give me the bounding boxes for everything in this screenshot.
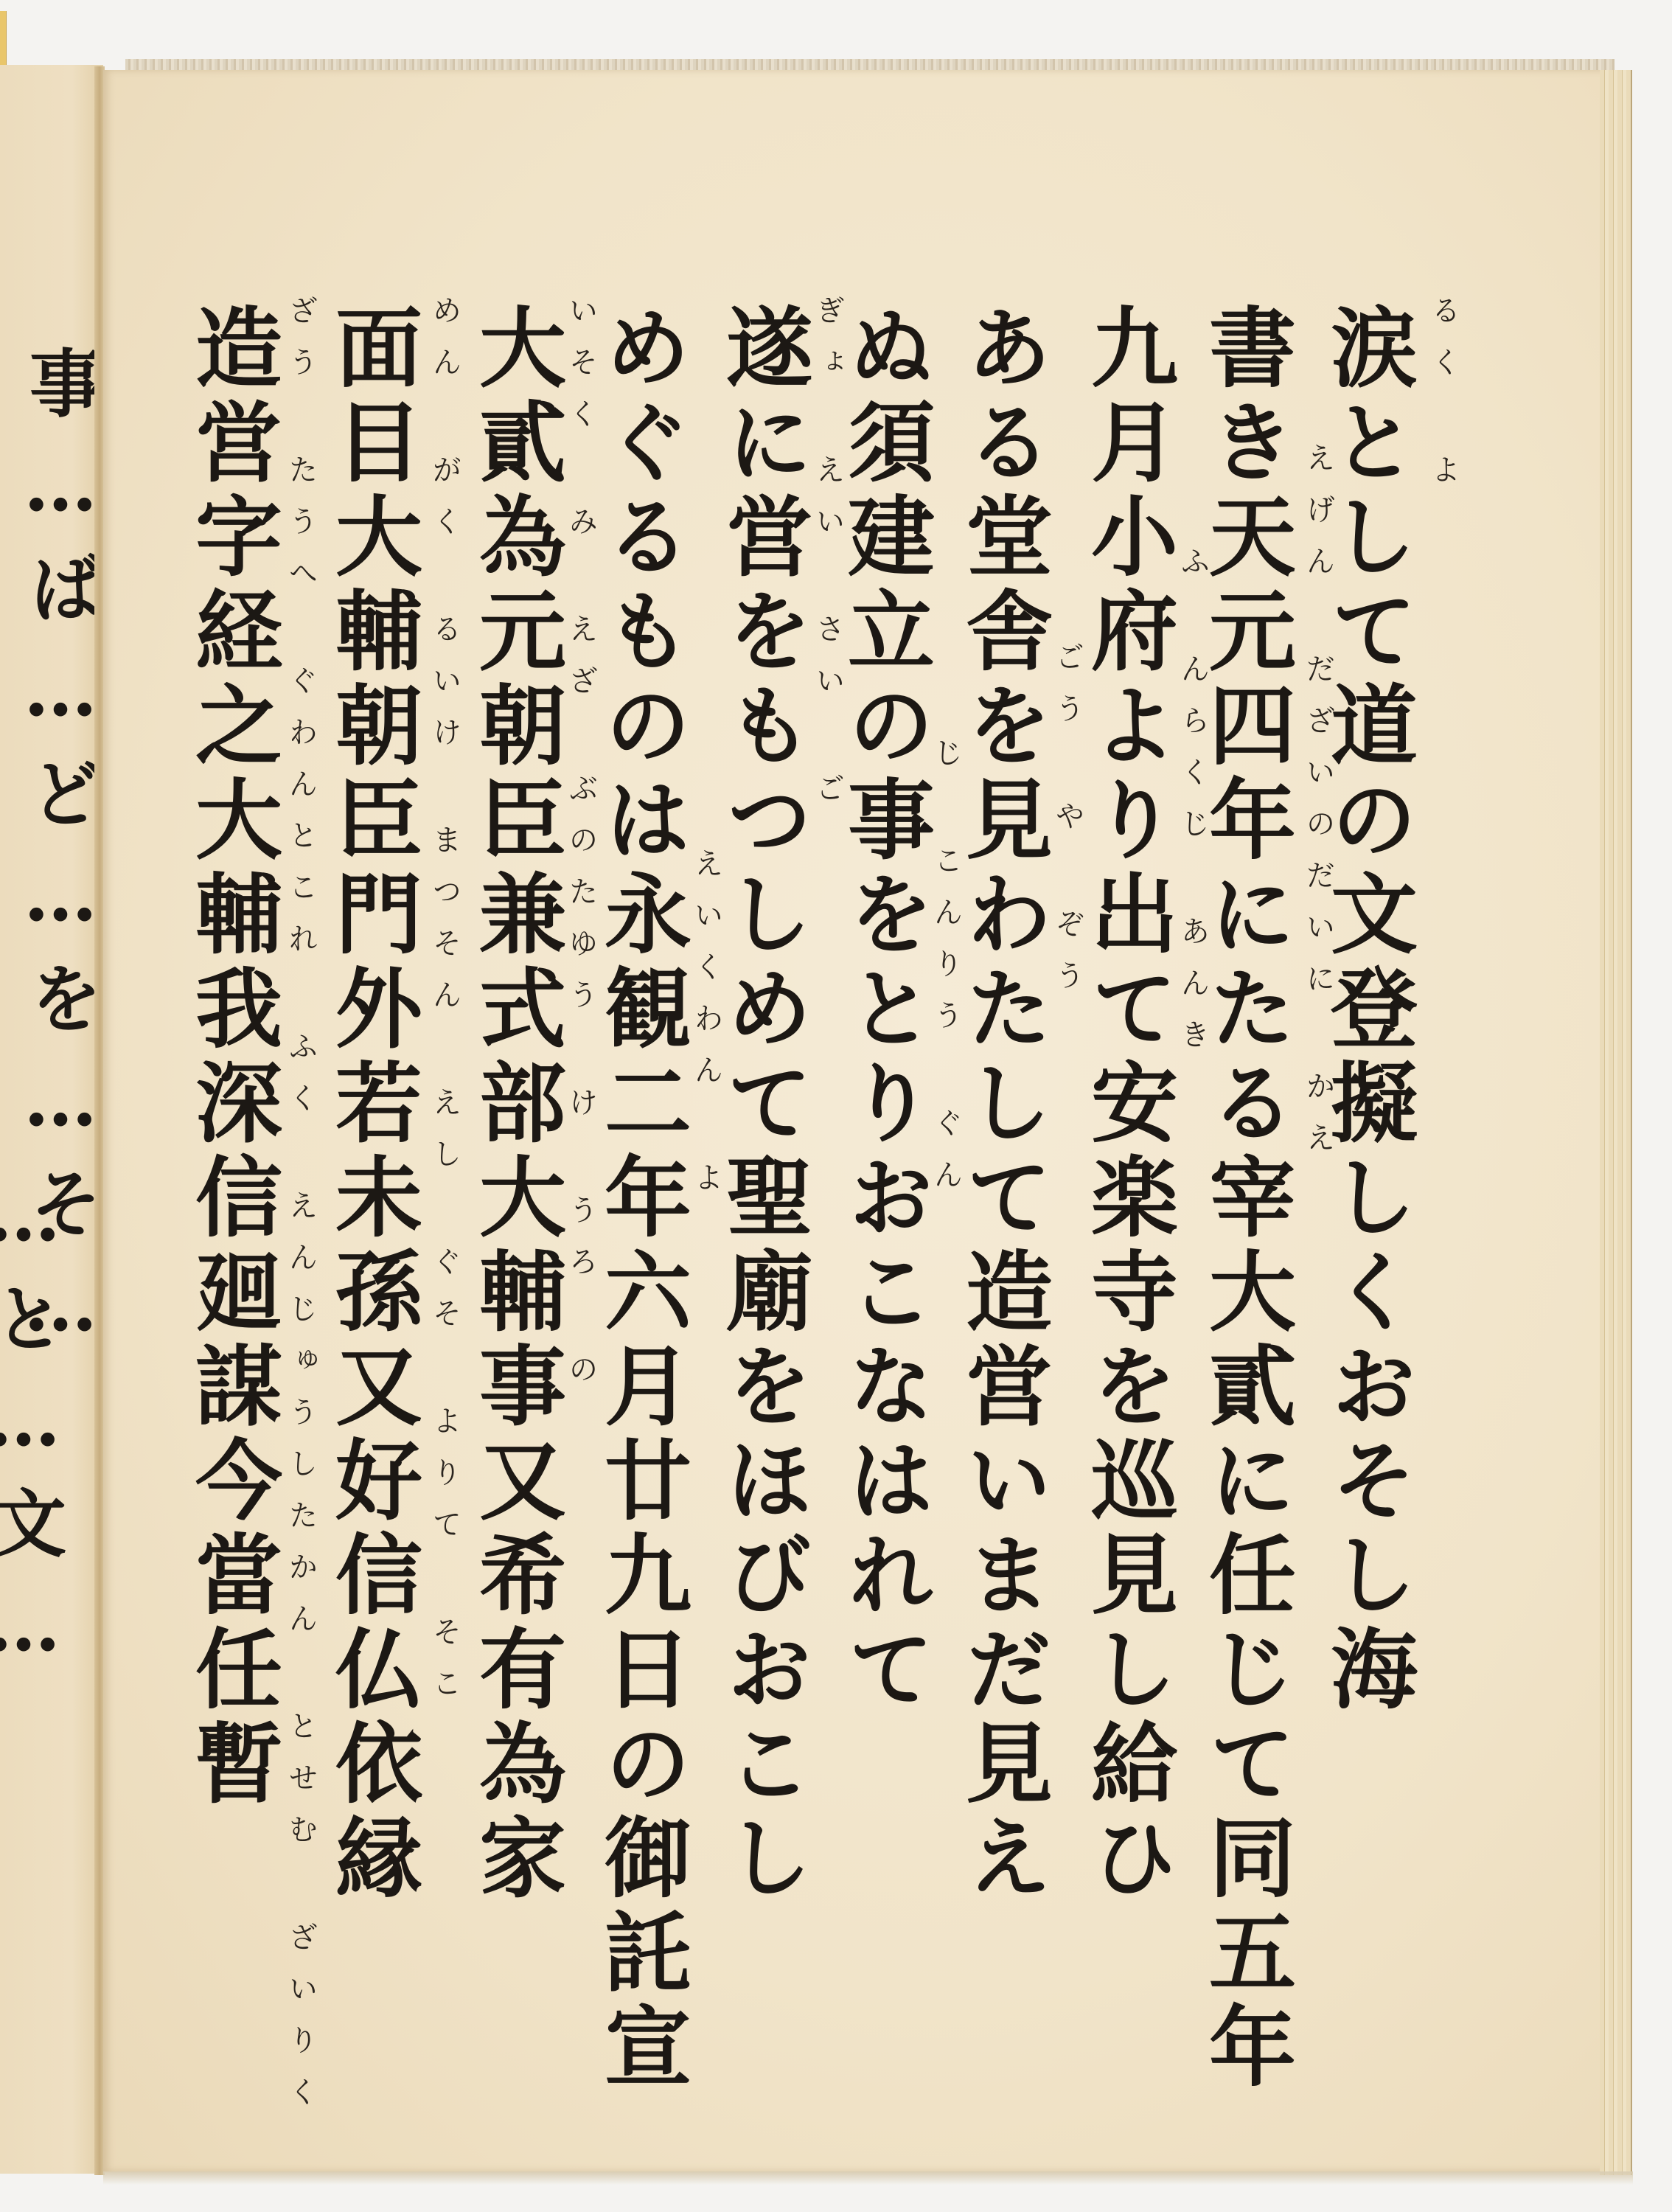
text-column-7: めぐるものは永観二年六月廿九日の御託宣 [597,302,684,2096]
text-column-2: 書き天元四年にたる宰大貳に任じて同五年 [1202,302,1289,2096]
text-column-10: 造営字経之大輔我深信廻謀今當任暫 [188,302,275,1812]
furigana-column-4: ごう や ぞう [1047,641,1089,1012]
furigana-column-5: じ こんりう ぐん [925,737,967,1211]
text-column-9: 面目大輔朝臣門外若未孫又好信仏依縁 [328,302,415,1907]
furigana-column-3: ふ んらくじ あんき [1172,546,1214,1071]
furigana-column-1: るく よ [1423,295,1465,506]
text-column-4: ある堂舎を見わたして造営いまだ見え [958,302,1045,1907]
furigana-column-10: ざう たうへ ぐわんとこれ ふく えんじゅうしたかん とせむ ざいりく [280,295,322,2128]
text-column-5: ぬ須建立の事をとりおこなはれて [840,302,927,1718]
furigana-column-2: えげん だざいのだいに かえ [1297,442,1340,1174]
left-page-column: …と…文… [0,1171,77,1690]
furigana-column-6: ぎょ えい さい ご [807,295,849,824]
book-headband [125,59,1614,71]
text-column-8: 大貳為元朝臣兼式部大輔事又希有為家 [472,302,559,1907]
page-stack-edge [1600,70,1632,2175]
furigana-column-8: いそく み えざ ぶのたゆう け うろ の [560,295,602,1405]
page-bottom-shadow [103,2171,1633,2185]
text-column-3: 九月小府より出て安楽寺を巡見し給ひ [1084,302,1171,1907]
furigana-column-9: めん がく るいけ まつそん えし ぐそ よりて そこ [424,295,466,1719]
left-page: 事…ば…ど…を…そ… …と…文… [0,65,103,2174]
book-tab [0,11,7,66]
furigana-column-7: えいくわん よ [686,848,728,1214]
text-column-6: 遂に営をもつしめて聖廟をほびおこし [719,302,806,1907]
